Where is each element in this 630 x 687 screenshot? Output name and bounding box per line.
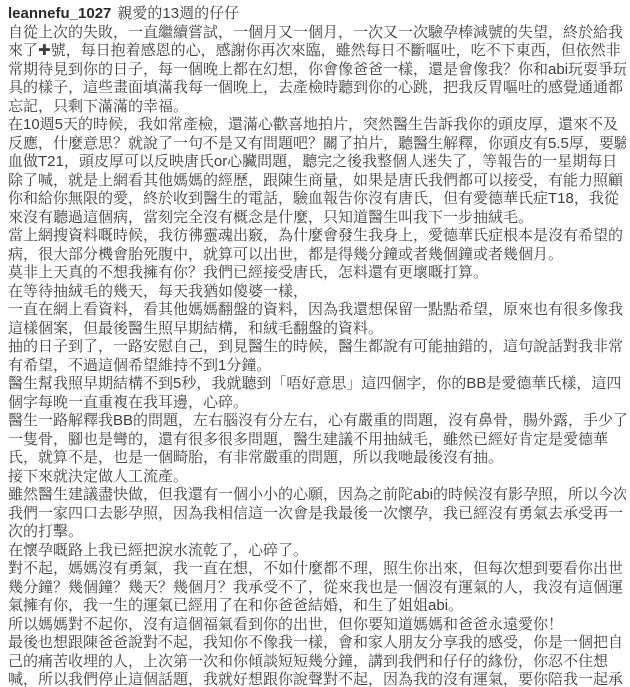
caption-line: 氣擁有你，我一生的運氣已經用了在和你爸爸結婚，和生了姐姐abi。 <box>8 597 626 616</box>
caption-line: 來沒有聽過這個病，當刻完全沒有概念是什麼，只知道醫生叫我下一步抽絨毛。 <box>8 209 626 228</box>
caption-line: 當上網搜資料嘅時候，我彷彿靈魂出竅，為什麼會發生我身上，愛德華氏症根本是沒有希望… <box>8 227 626 246</box>
caption-line: 你和給你無限的愛，終於收到醫生的電話，驗血報告你沒有唐氏，但有愛德華氏症T18，… <box>8 190 626 209</box>
caption-line: 對不起，媽媽沒有勇氣，我一直在想，不如什麼都不理，照生你出來，但每次想到要看你出… <box>8 560 626 579</box>
caption-line: 一直在網上看資料，看其他媽媽翻盤的資料，因為我還想保留一點點希望，原來也有很多像… <box>8 301 626 320</box>
caption-line: 醫生一路解釋我BB的問題，左右腦沒有分左右，心有嚴重的問題，沒有鼻骨，腸外露，手… <box>8 412 626 431</box>
caption-line: 來了✚號，每日抱着感恩的心，感謝你再次來臨，雖然每日不斷嘔吐，吃不下東西，但依然… <box>8 42 626 61</box>
caption-line: 血做T21，頭皮厚可以反映唐氏or心臟問題，聽完之後我整個人迷失了，等報告的一星… <box>8 153 626 172</box>
caption-header-line: leannefu_1027親愛的13週的仔仔 <box>8 5 626 24</box>
caption-line: 我們一家四口去影孕照，因為我相信這一次會是我最後一次懷孕，我已經沒有勇氣去承受再… <box>8 505 626 524</box>
caption-line: 一隻骨，腳也是彎的，還有很多很多問題，醫生建議不用抽絨毛，雖然已經好肯定是愛德華 <box>8 431 626 450</box>
caption-line: 最後也想跟陳爸爸說對不起，我知你不像我一樣，會和家人朋友分享我的感受，你是一個把… <box>8 634 626 653</box>
caption-line: 所以媽媽對不起你，沒有這個福氣看到你的出世，但你要知道媽媽和爸爸永遠愛你！ <box>8 616 626 635</box>
caption-line: 幾分鐘？幾個鐘？幾天？幾個月？我承受不了，從來我也是一個沒有運氣的人，我沒有這個… <box>8 579 626 598</box>
caption-line: 雖然醫生建議盡快做，但我還有一個小小的心願，因為之前陀abi的時候沒有影孕照，所… <box>8 486 626 505</box>
caption-line: 在懷孕嘅路上我已經把淚水流乾了，心碎了。 <box>8 542 626 561</box>
caption-line: 具的樣子，這些畫面填滿我每一個晚上，去產檢時聽到你的心跳，把我反胃嘔吐的感覺通通… <box>8 79 626 98</box>
caption-title: 親愛的13週的仔仔 <box>117 5 239 22</box>
caption-line: 個字每晚一直重複在我耳邊，心碎。 <box>8 394 626 413</box>
caption-line: 喊，所以我們停止這個話題，我就好想跟你說聲對不起，因為我的沒有運氣，要你陪我一起… <box>8 671 626 687</box>
caption-line: 病，很大部分機會胎死腹中，就算可以出世，都是得幾分鐘或者幾個鐘或者幾個月。 <box>8 246 626 265</box>
caption-line: 己的痛苦收埋的人，上次第一次和你傾談短短幾分鐘，講到我們和仔仔的緣份，你忍不住想 <box>8 653 626 672</box>
caption-line: 醫生幫我照早期結構不到5秒，我就聽到「唔好意思」這四個字，你的BB是愛德華氏樣，… <box>8 375 626 394</box>
caption-line: 莫非上天真的不想我擁有你？我們已經接受唐氏，怎料還有更壞嘅打算。 <box>8 264 626 283</box>
caption-line: 常期待見到你的日子，每一個晚上都在幻想，你會像爸爸一樣，還是會像我？你和abi玩… <box>8 61 626 80</box>
caption-line: 有希望，不過這個希望維持不到1分鐘。 <box>8 357 626 376</box>
caption-line: 反應，什麼意思？就說了一句不是又有問題吧？關了拍片，聽醫生解釋，你頭皮有5.5厚… <box>8 135 626 154</box>
caption-line: 接下來就決定做人工流產。 <box>8 468 626 487</box>
caption-line: 氏，就算不是，也是一個畸胎，有非常嚴重的問題，所以我哋最後沒有抽。 <box>8 449 626 468</box>
caption-line: 自從上次的失敗，一直繼續嘗試，一個月又一個月，一次又一次驗孕棒減號的失望，終於給… <box>8 24 626 43</box>
caption-body: 自從上次的失敗，一直繼續嘗試，一個月又一個月，一次又一次驗孕棒減號的失望，終於給… <box>8 24 626 687</box>
caption-line: 忘記，只剩下滿滿的幸福。 <box>8 98 626 117</box>
caption-line: 這樣個案，但最後醫生照早期結構，和絨毛翻盤的資料。 <box>8 320 626 339</box>
caption-line: 除了喊，就是上網看其他媽媽的經歷，跟陳生商量，如果是唐氏我們都可以接受，有能力照… <box>8 172 626 191</box>
caption-line: 在10週5天的時候，我如常產檢，還滿心歡喜地拍片，突然醫生告訴我你的頭皮厚，還來… <box>8 116 626 135</box>
caption-line: 在等待抽絨毛的幾天，每天我猶如傻婆一樣， <box>8 283 626 302</box>
post-caption: leannefu_1027親愛的13週的仔仔 自從上次的失敗，一直繼續嘗試，一個… <box>0 0 630 687</box>
caption-line: 抽的日子到了，一路安慰自己，到見醫生的時候，醫生都說有可能抽錯的，這句說話對我非… <box>8 338 626 357</box>
caption-line: 次的打擊。 <box>8 523 626 542</box>
username-link[interactable]: leannefu_1027 <box>8 5 111 22</box>
